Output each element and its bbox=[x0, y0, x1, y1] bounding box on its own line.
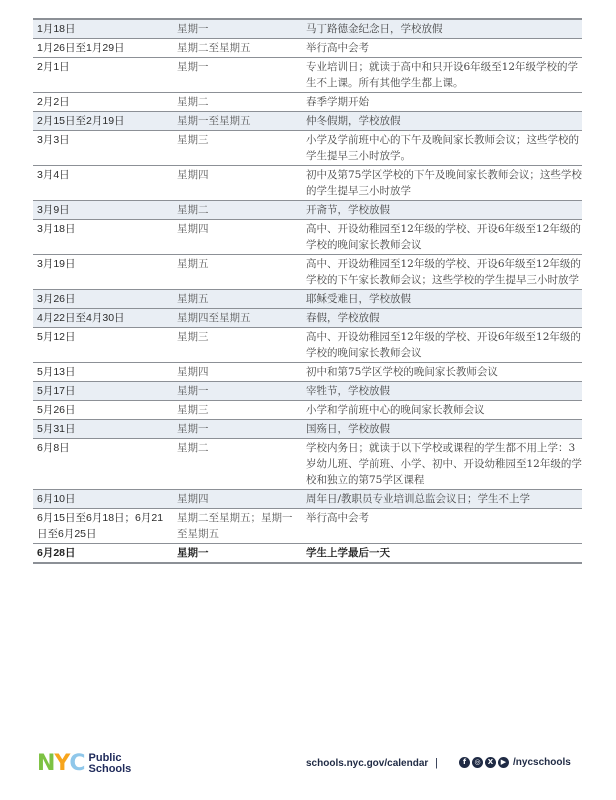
social-links: f ◎ X ▶ /nycschools bbox=[459, 757, 571, 768]
weekday-cell: 星期二至星期五 bbox=[173, 39, 302, 57]
weekday-cell: 星期三 bbox=[173, 328, 302, 362]
date-cell: 4月22日至4月30日 bbox=[33, 309, 173, 327]
calendar-row: 6月8日 星期二 学校内务日；就读于以下学校或课程的学生都不用上学：3岁幼儿班、… bbox=[33, 439, 582, 490]
weekday-cell: 星期四 bbox=[173, 220, 302, 254]
date-cell: 5月13日 bbox=[33, 363, 173, 381]
calendar-row: 1月18日 星期一 马丁路德金纪念日，学校放假 bbox=[33, 20, 582, 39]
calendar-row: 6月10日 星期四 周年日/教职员专业培训总监会议日；学生不上学 bbox=[33, 490, 582, 509]
date-cell: 2月1日 bbox=[33, 58, 173, 92]
calendar-row: 2月1日 星期一 专业培训日；就读于高中和只开设6年级至12年级学校的学生不上课… bbox=[33, 58, 582, 93]
date-cell: 3月9日 bbox=[33, 201, 173, 219]
weekday-cell: 星期二 bbox=[173, 201, 302, 219]
x-icon[interactable]: X bbox=[485, 757, 496, 768]
event-cell: 开斋节，学校放假 bbox=[302, 201, 582, 219]
calendar-row: 3月18日 星期四 高中、开设幼稚园至12年级的学校、开设6年级至12年级的学校… bbox=[33, 220, 582, 255]
youtube-icon[interactable]: ▶ bbox=[498, 757, 509, 768]
date-cell: 3月19日 bbox=[33, 255, 173, 289]
event-cell: 学生上学最后一天 bbox=[302, 544, 582, 562]
date-cell: 2月15日至2月19日 bbox=[33, 112, 173, 130]
weekday-cell: 星期四 bbox=[173, 166, 302, 200]
logo-letter-y: Y bbox=[54, 753, 69, 775]
event-cell: 初中和第75学区学校的晚间家长教师会议 bbox=[302, 363, 582, 381]
weekday-cell: 星期四 bbox=[173, 490, 302, 508]
calendar-row: 6月15日至6月18日；6月21日至6月25日 星期二至星期五；星期一至星期五 … bbox=[33, 509, 582, 544]
event-cell: 周年日/教职员专业培训总监会议日；学生不上学 bbox=[302, 490, 582, 508]
logo-wordmark: Public Schools bbox=[89, 753, 132, 775]
weekday-cell: 星期二 bbox=[173, 93, 302, 111]
weekday-cell: 星期一 bbox=[173, 20, 302, 38]
event-cell: 仲冬假期，学校放假 bbox=[302, 112, 582, 130]
logo-letter-c: C bbox=[69, 753, 84, 775]
calendar-row: 5月17日 星期一 宰牲节，学校放假 bbox=[33, 382, 582, 401]
event-cell: 耶稣受难日，学校放假 bbox=[302, 290, 582, 308]
date-cell: 6月15日至6月18日；6月21日至6月25日 bbox=[33, 509, 173, 543]
date-cell: 3月3日 bbox=[33, 131, 173, 165]
date-cell: 1月18日 bbox=[33, 20, 173, 38]
calendar-row-last-day: 6月28日 星期一 学生上学最后一天 bbox=[33, 544, 582, 564]
footer-separator: | bbox=[435, 757, 438, 769]
date-cell: 2月2日 bbox=[33, 93, 173, 111]
instagram-icon[interactable]: ◎ bbox=[472, 757, 483, 768]
date-cell: 3月4日 bbox=[33, 166, 173, 200]
nyc-public-schools-logo: N Y C Public Schools bbox=[37, 753, 131, 775]
logo-line-schools: Schools bbox=[89, 764, 132, 775]
weekday-cell: 星期四至星期五 bbox=[173, 309, 302, 327]
event-cell: 高中、开设幼稚园至12年级的学校、开设6年级至12年级的学校的下午家长教师会议；… bbox=[302, 255, 582, 289]
calendar-row: 2月2日 星期二 春季学期开始 bbox=[33, 93, 582, 112]
weekday-cell: 星期三 bbox=[173, 401, 302, 419]
date-cell: 3月26日 bbox=[33, 290, 173, 308]
weekday-cell: 星期二至星期五；星期一至星期五 bbox=[173, 509, 302, 543]
event-cell: 学校内务日；就读于以下学校或课程的学生都不用上学：3岁幼儿班、学前班、小学、初中… bbox=[302, 439, 582, 489]
calendar-row: 1月26日至1月29日 星期二至星期五 举行高中会考 bbox=[33, 39, 582, 58]
event-cell: 初中及第75学区学校的下午及晚间家长教师会议；这些学校的学生提早三小时放学 bbox=[302, 166, 582, 200]
event-cell: 宰牲节，学校放假 bbox=[302, 382, 582, 400]
nyc-logo-mark: N Y C bbox=[37, 753, 85, 775]
calendar-row: 3月9日 星期二 开斋节，学校放假 bbox=[33, 201, 582, 220]
social-handle[interactable]: /nycschools bbox=[513, 757, 571, 768]
event-cell: 小学和学前班中心的晚间家长教师会议 bbox=[302, 401, 582, 419]
event-cell: 举行高中会考 bbox=[302, 509, 582, 543]
calendar-website-link[interactable]: schools.nyc.gov/calendar bbox=[306, 758, 428, 769]
date-cell: 3月18日 bbox=[33, 220, 173, 254]
date-cell: 5月17日 bbox=[33, 382, 173, 400]
weekday-cell: 星期一 bbox=[173, 420, 302, 438]
weekday-cell: 星期五 bbox=[173, 290, 302, 308]
weekday-cell: 星期三 bbox=[173, 131, 302, 165]
page-footer: N Y C Public Schools schools.nyc.gov/cal… bbox=[0, 750, 616, 780]
weekday-cell: 星期四 bbox=[173, 363, 302, 381]
facebook-icon[interactable]: f bbox=[459, 757, 470, 768]
calendar-row: 3月26日 星期五 耶稣受难日，学校放假 bbox=[33, 290, 582, 309]
calendar-row: 2月15日至2月19日 星期一至星期五 仲冬假期，学校放假 bbox=[33, 112, 582, 131]
calendar-row: 3月4日 星期四 初中及第75学区学校的下午及晚间家长教师会议；这些学校的学生提… bbox=[33, 166, 582, 201]
weekday-cell: 星期五 bbox=[173, 255, 302, 289]
weekday-cell: 星期一 bbox=[173, 58, 302, 92]
weekday-cell: 星期一至星期五 bbox=[173, 112, 302, 130]
event-cell: 举行高中会考 bbox=[302, 39, 582, 57]
calendar-row: 4月22日至4月30日 星期四至星期五 春假，学校放假 bbox=[33, 309, 582, 328]
weekday-cell: 星期一 bbox=[173, 382, 302, 400]
calendar-row: 5月31日 星期一 国殇日，学校放假 bbox=[33, 420, 582, 439]
calendar-row: 5月26日 星期三 小学和学前班中心的晚间家长教师会议 bbox=[33, 401, 582, 420]
calendar-row: 3月19日 星期五 高中、开设幼稚园至12年级的学校、开设6年级至12年级的学校… bbox=[33, 255, 582, 290]
date-cell: 5月31日 bbox=[33, 420, 173, 438]
event-cell: 国殇日，学校放假 bbox=[302, 420, 582, 438]
logo-letter-n: N bbox=[37, 753, 54, 775]
event-cell: 春假，学校放假 bbox=[302, 309, 582, 327]
date-cell: 5月26日 bbox=[33, 401, 173, 419]
weekday-cell: 星期二 bbox=[173, 439, 302, 489]
event-cell: 春季学期开始 bbox=[302, 93, 582, 111]
event-cell: 高中、开设幼稚园至12年级的学校、开设6年级至12年级的学校的晚间家长教师会议 bbox=[302, 220, 582, 254]
date-cell: 6月10日 bbox=[33, 490, 173, 508]
date-cell: 6月8日 bbox=[33, 439, 173, 489]
event-cell: 专业培训日；就读于高中和只开设6年级至12年级学校的学生不上课。所有其他学生都上… bbox=[302, 58, 582, 92]
calendar-row: 5月13日 星期四 初中和第75学区学校的晚间家长教师会议 bbox=[33, 363, 582, 382]
date-cell: 1月26日至1月29日 bbox=[33, 39, 173, 57]
school-calendar-table: 1月18日 星期一 马丁路德金纪念日，学校放假 1月26日至1月29日 星期二至… bbox=[33, 18, 582, 564]
event-cell: 高中、开设幼稚园至12年级的学校、开设6年级至12年级的学校的晚间家长教师会议 bbox=[302, 328, 582, 362]
date-cell: 6月28日 bbox=[33, 544, 173, 562]
calendar-row: 3月3日 星期三 小学及学前班中心的下午及晚间家长教师会议；这些学校的学生提早三… bbox=[33, 131, 582, 166]
date-cell: 5月12日 bbox=[33, 328, 173, 362]
calendar-row: 5月12日 星期三 高中、开设幼稚园至12年级的学校、开设6年级至12年级的学校… bbox=[33, 328, 582, 363]
weekday-cell: 星期一 bbox=[173, 544, 302, 562]
event-cell: 小学及学前班中心的下午及晚间家长教师会议；这些学校的学生提早三小时放学。 bbox=[302, 131, 582, 165]
event-cell: 马丁路德金纪念日，学校放假 bbox=[302, 20, 582, 38]
